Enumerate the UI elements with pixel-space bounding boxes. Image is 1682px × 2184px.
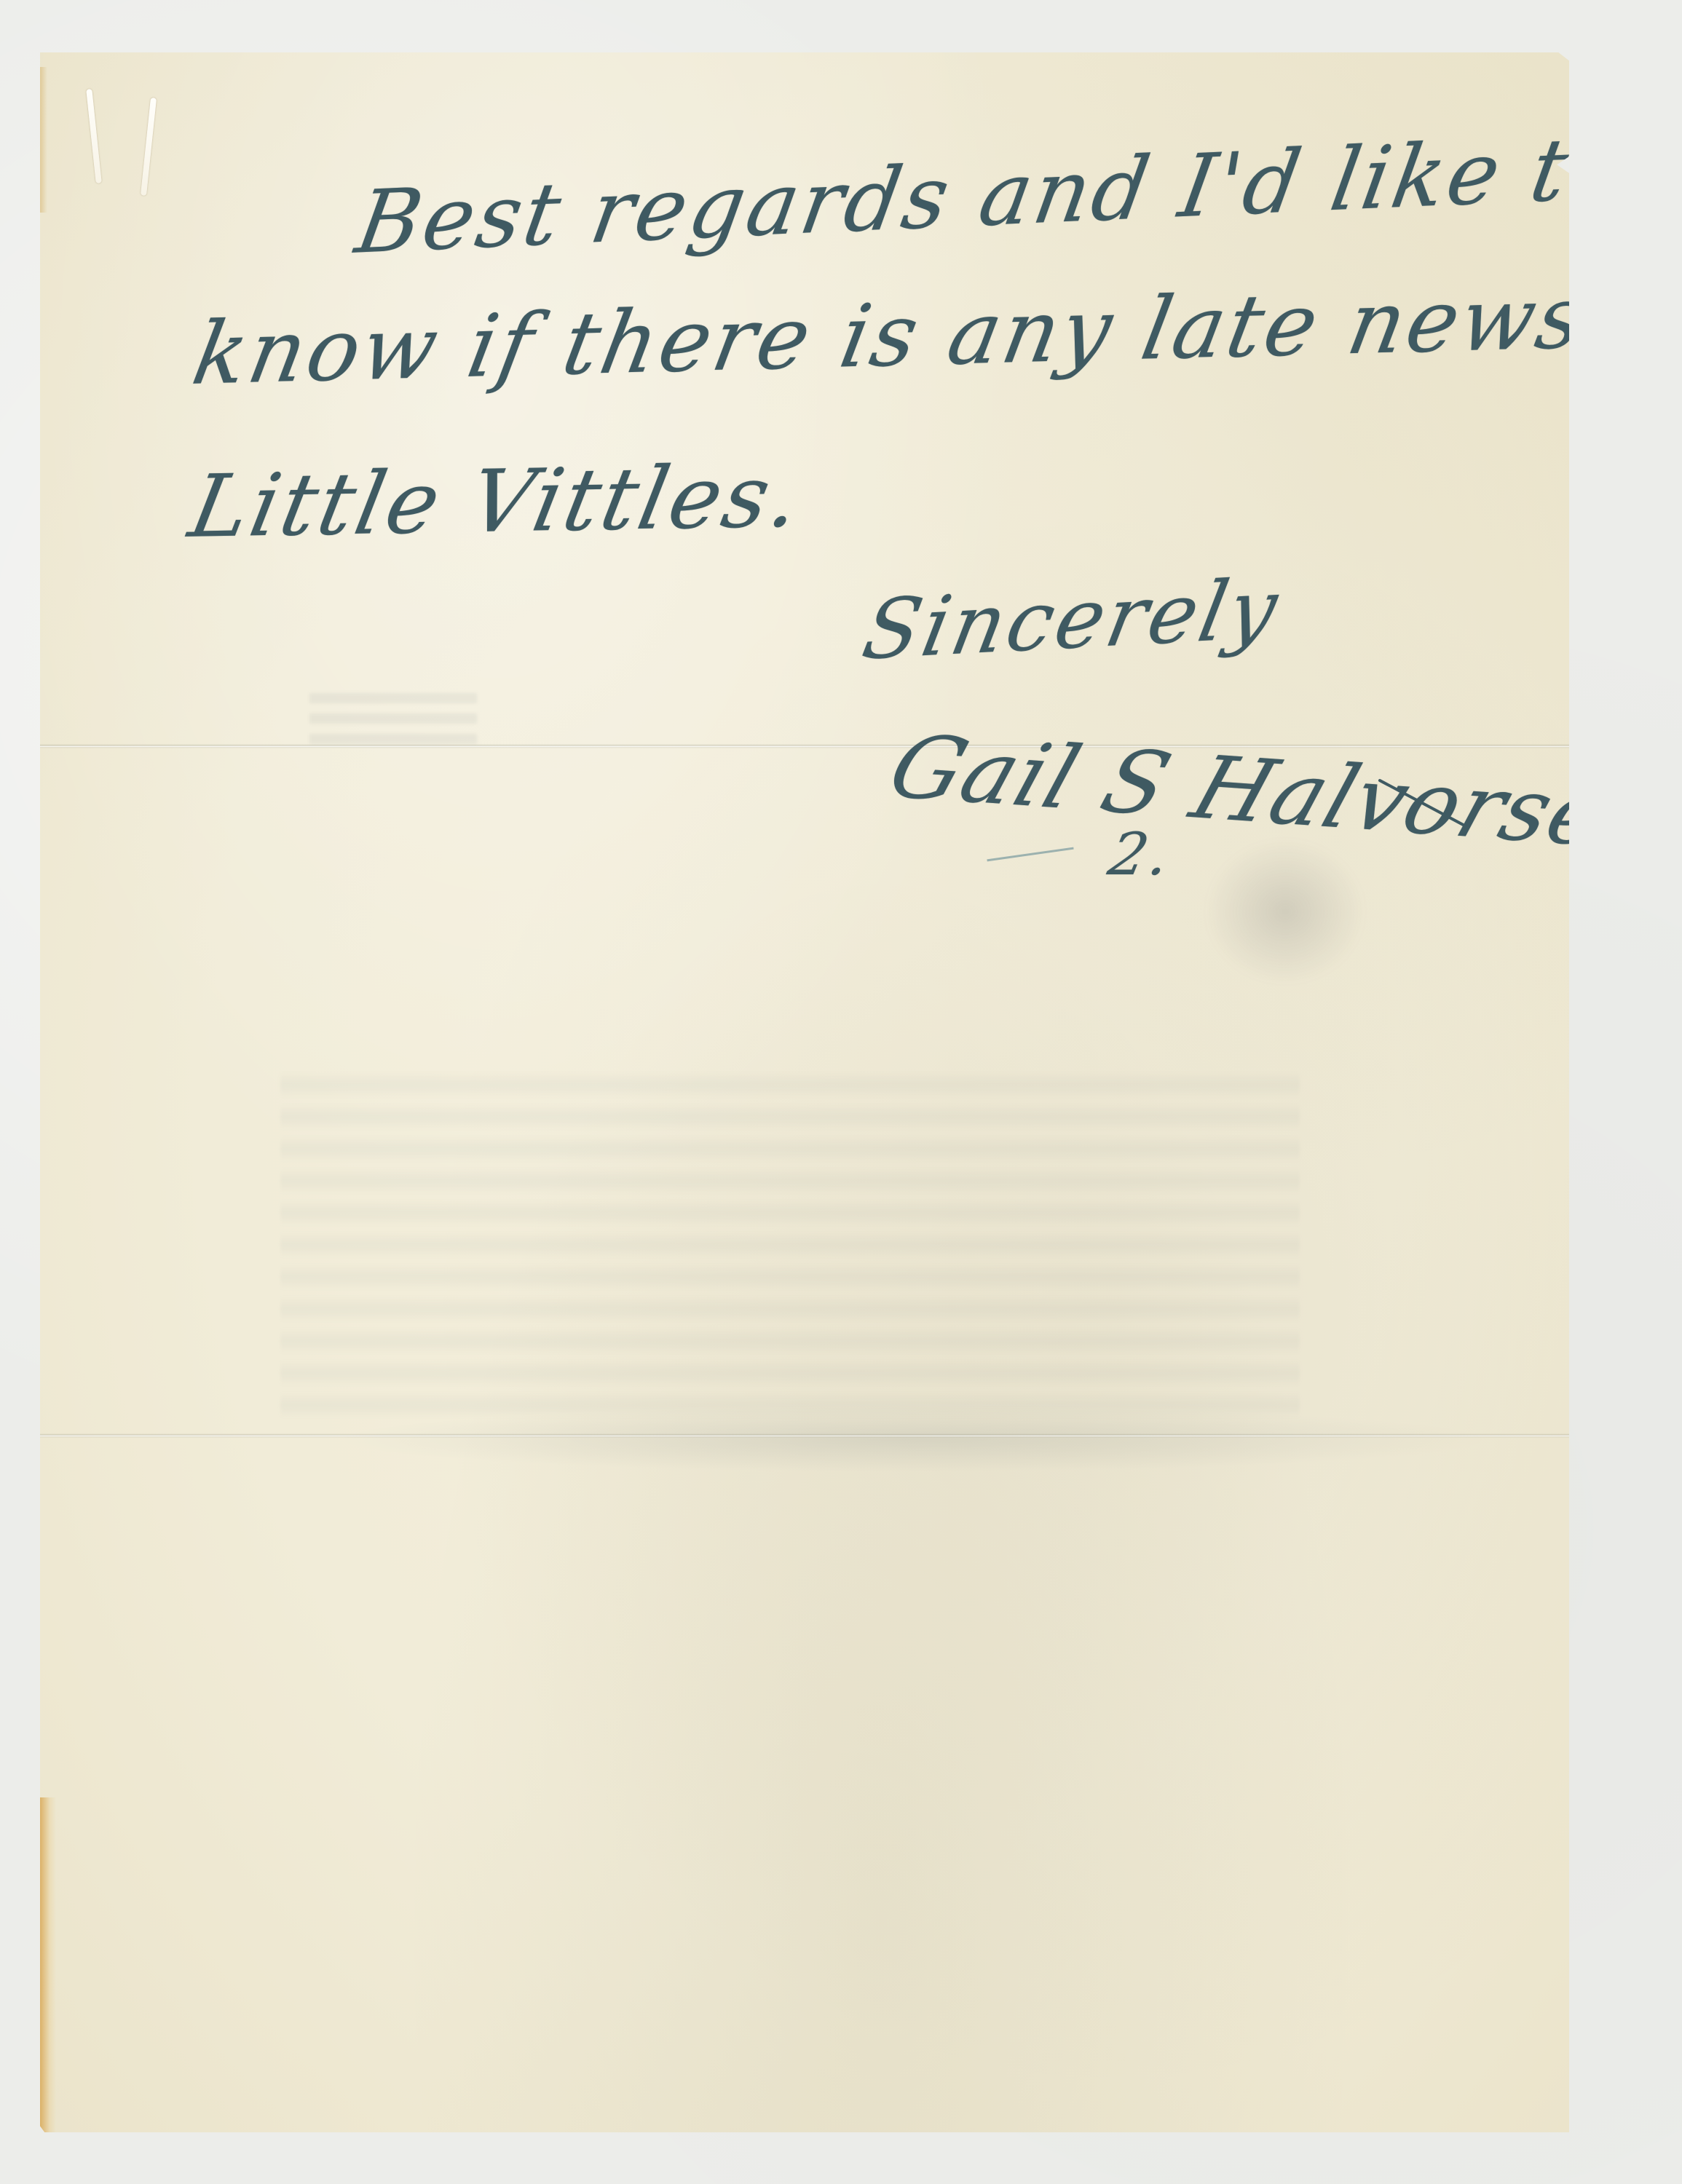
body-line: Little Vittles. [182, 446, 811, 557]
page-number: 2. [1103, 820, 1179, 888]
letter-paper: Best regards and I'd like to know if the… [40, 52, 1569, 2132]
body-line: know if there is any late news of [186, 264, 1682, 404]
body-line: Best regards and I'd like to [350, 116, 1632, 273]
letter-body: Best regards and I'd like to know if the… [40, 52, 1569, 2132]
signature: Gail S Halvorsen [877, 717, 1677, 870]
closing: Sincerely [856, 561, 1287, 678]
pen-stroke [987, 847, 1073, 862]
